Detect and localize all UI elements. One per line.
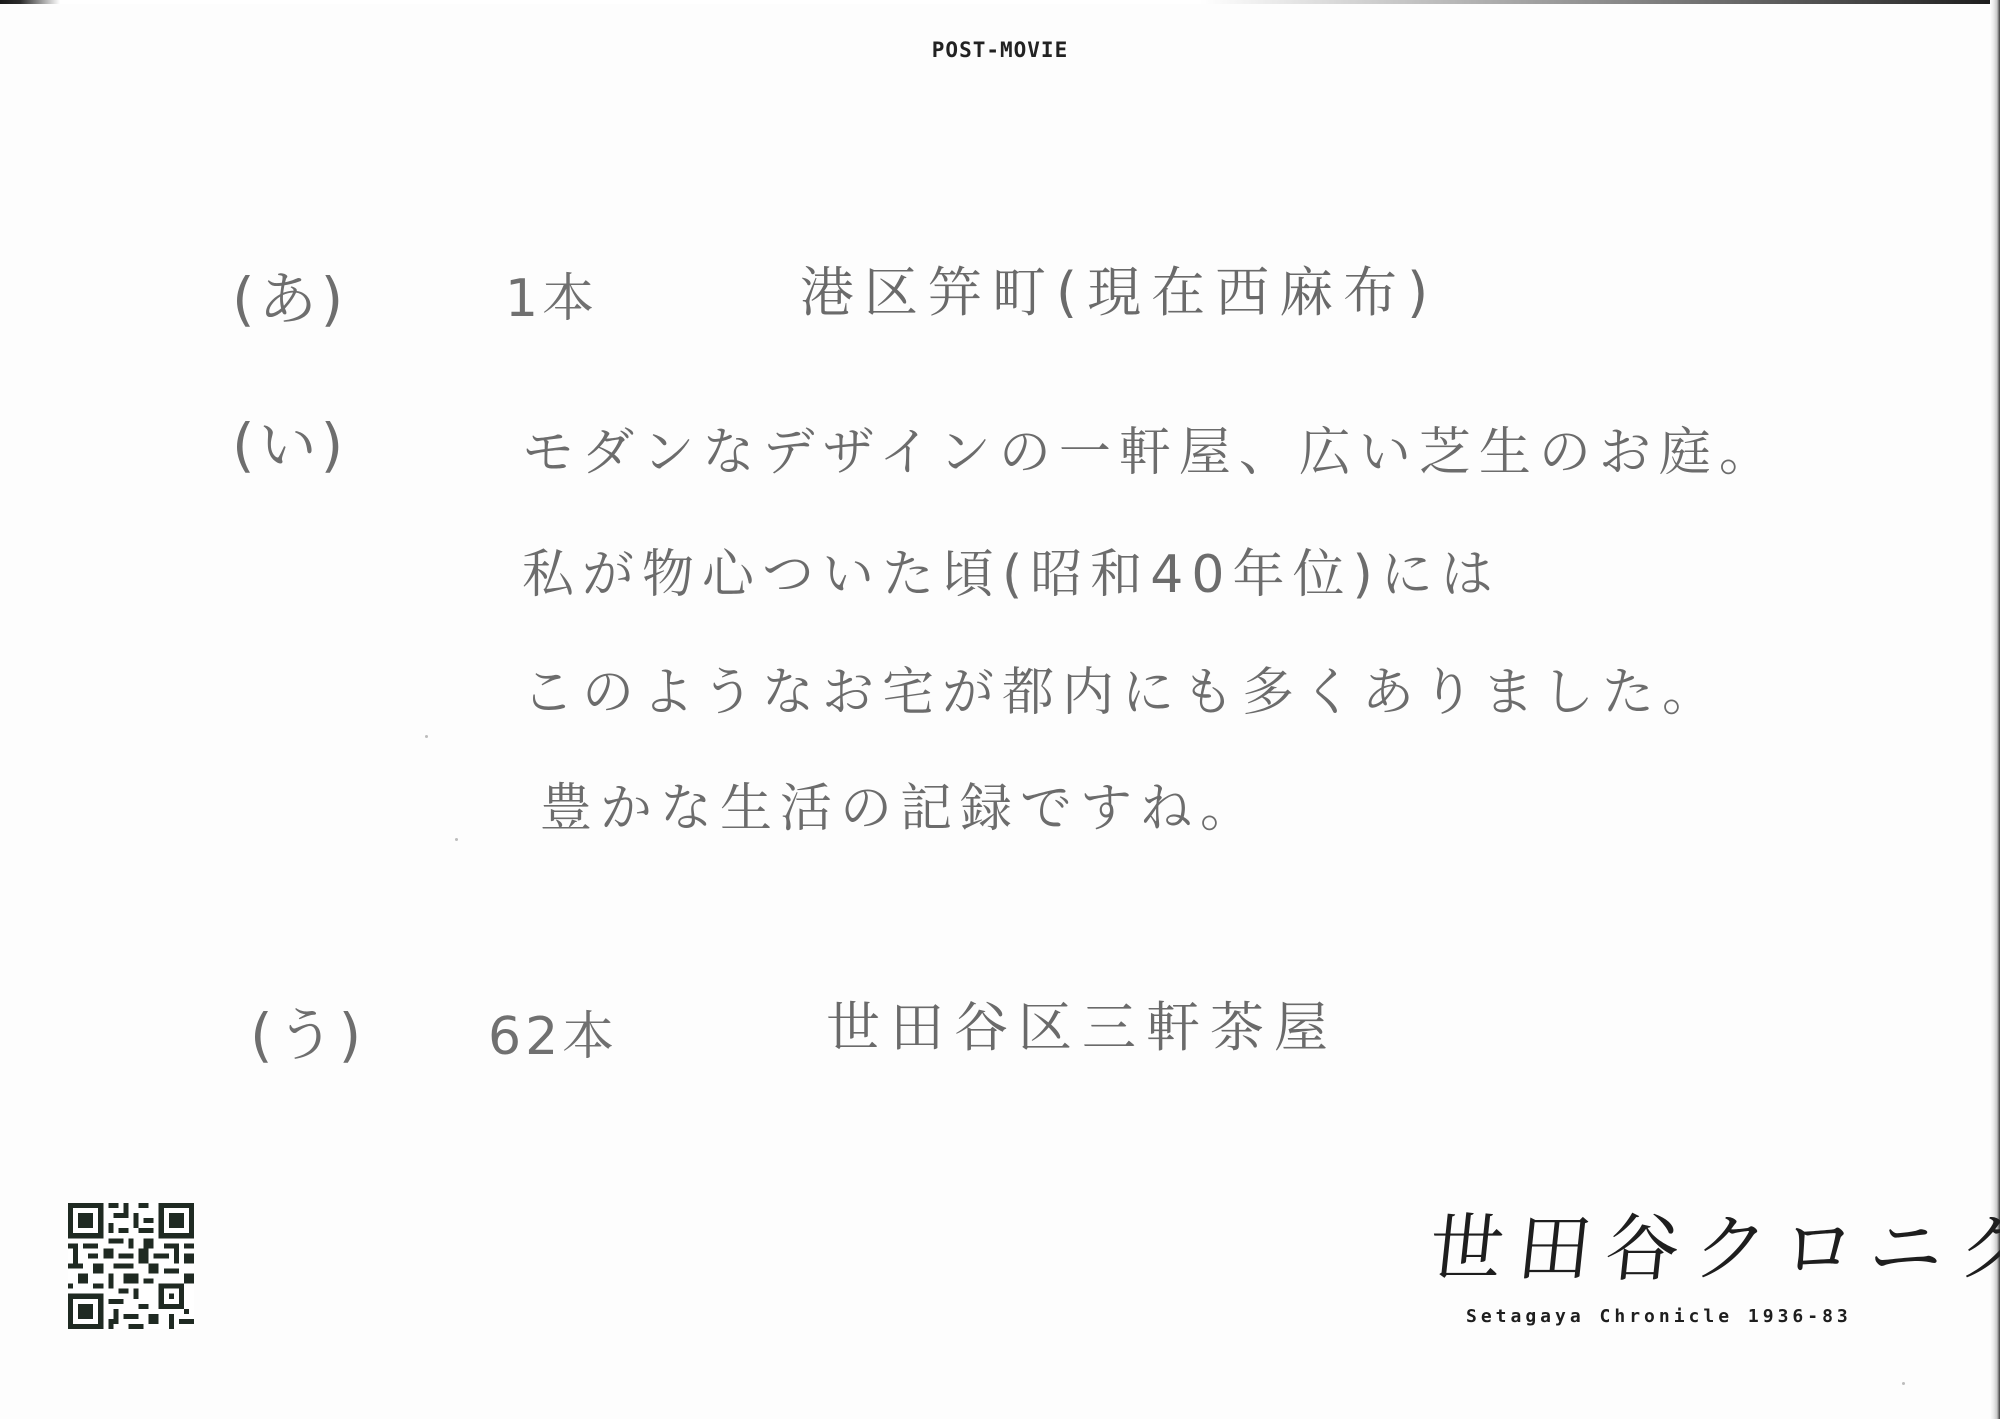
answer-i-line-2: 私が物心ついた頃(昭和40年位)には: [522, 532, 1501, 607]
answer-a-label: (あ): [232, 252, 347, 336]
answer-i-line-1: モダンなデザインの一軒屋、広い芝生のお庭。: [522, 410, 1779, 485]
logo-setagaya-chronicle-en: Setagaya Chronicle 1936-83: [1466, 1306, 1852, 1327]
header-title: POST-MOVIE: [0, 38, 2000, 62]
answer-a-number: 1本: [505, 256, 598, 331]
answer-u-number: 62本: [488, 994, 618, 1069]
pencil-speck: [1902, 1382, 1905, 1385]
pencil-speck: [455, 838, 458, 841]
scan-edge-top: [0, 0, 2000, 4]
answer-a-place: 港区笄町(現在西麻布): [800, 250, 1438, 327]
answer-i-line-4: 豊かな生活の記録ですね。: [540, 766, 1260, 841]
logo-setagaya-chronicle-jp: 世田谷クロニクル: [1424, 1190, 2000, 1296]
answer-u-place: 世田谷区三軒茶屋: [826, 985, 1338, 1062]
qr-code-icon[interactable]: [68, 1203, 194, 1329]
answer-u-label: (う): [250, 988, 365, 1072]
answer-i-label: (い): [232, 398, 347, 482]
pencil-speck: [425, 735, 428, 738]
answer-card: POST-MOVIE (あ) 1本 港区笄町(現在西麻布) (い) モダンなデザ…: [0, 0, 2000, 1419]
answer-i-line-3: このようなお宅が都内にも多くありました。: [522, 650, 1722, 725]
